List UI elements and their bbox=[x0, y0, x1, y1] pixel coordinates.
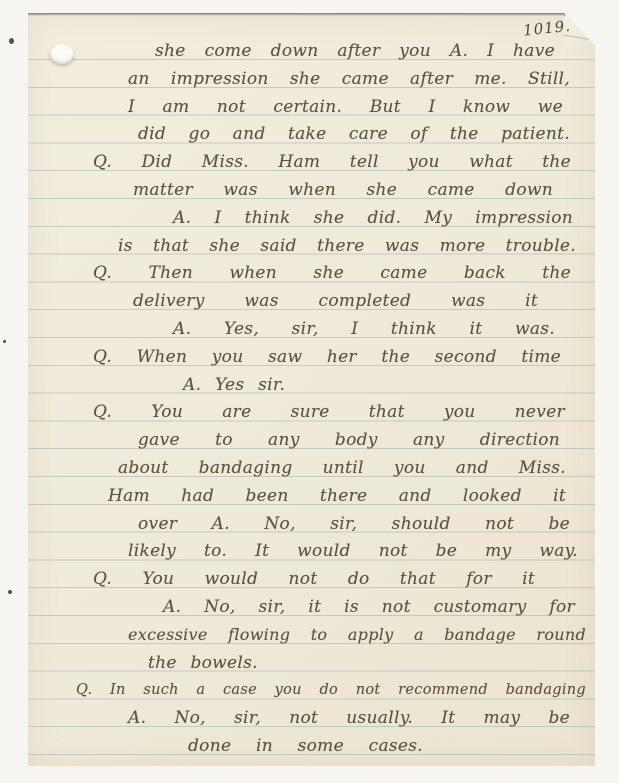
manuscript-line: A. I think she did. My impression bbox=[173, 205, 573, 229]
manuscript-line: about bandaging until you and Miss. bbox=[118, 455, 566, 479]
manuscript-line: she come down after you A. I have bbox=[155, 38, 555, 62]
scan-speck bbox=[9, 38, 14, 44]
paper-top-edge bbox=[28, 13, 565, 16]
manuscript-line: done in some cases. bbox=[188, 733, 423, 757]
manuscript-line: Q. You would not do that for it bbox=[93, 566, 535, 590]
scan-background: 1019. she come down after you A. I have … bbox=[0, 0, 619, 783]
scan-speck bbox=[8, 590, 12, 594]
punch-hole bbox=[50, 44, 74, 64]
manuscript-line: did go and take care of the patient. bbox=[138, 121, 570, 145]
manuscript-line: A. Yes sir. bbox=[183, 372, 323, 396]
manuscript-line: Q. Did Miss. Ham tell you what the bbox=[93, 149, 571, 173]
manuscript-line: A. No, sir, not usually. It may be bbox=[128, 705, 570, 729]
manuscript-line: likely to. It would not be my way. bbox=[128, 538, 578, 562]
manuscript-line: matter was when she came down bbox=[133, 177, 553, 201]
manuscript-line: A. Yes, sir, I think it was. bbox=[173, 316, 555, 340]
manuscript-line: gave to any body any direction bbox=[138, 427, 560, 451]
manuscript-line: an impression she came after me. Still, bbox=[128, 66, 570, 90]
manuscript-line: is that she said there was more trouble. bbox=[118, 233, 576, 257]
scan-speck bbox=[3, 340, 6, 343]
manuscript-line: over A. No, sir, should not be bbox=[138, 511, 570, 535]
manuscript-line: I am not certain. But I know we bbox=[128, 94, 563, 118]
manuscript-line: A. No, sir, it is not customary for bbox=[163, 594, 575, 618]
manuscript-line: the bowels. bbox=[148, 650, 278, 674]
manuscript-line: Q. In such a case you do not recommend b… bbox=[76, 677, 586, 701]
manuscript-page: 1019. she come down after you A. I have … bbox=[28, 13, 595, 766]
manuscript-line: Ham had been there and looked it bbox=[108, 483, 566, 507]
manuscript-line: Q. When you saw her the second time bbox=[93, 344, 561, 368]
manuscript-line: Q. You are sure that you never bbox=[93, 399, 565, 423]
manuscript-line: delivery was completed was it bbox=[133, 288, 538, 312]
manuscript-line: Q. Then when she came back the bbox=[93, 260, 571, 284]
manuscript-line: excessive flowing to apply a bandage rou… bbox=[128, 622, 586, 646]
